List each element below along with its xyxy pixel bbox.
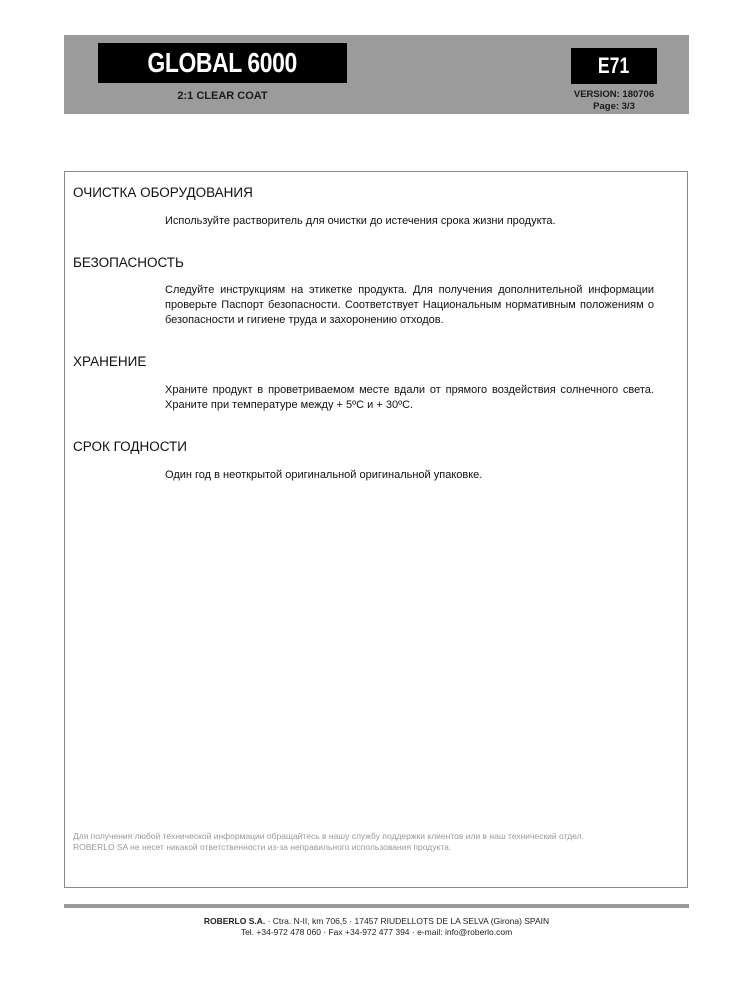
product-name: GLOBAL 6000 bbox=[148, 47, 297, 79]
footer: ROBERLO S.A. · Ctra. N-II, km 706,5 · 17… bbox=[64, 916, 689, 938]
footer-company: ROBERLO S.A. bbox=[204, 916, 265, 926]
section-title-shelf-life: СРОК ГОДНОСТИ bbox=[73, 439, 187, 454]
product-code-box: E71 bbox=[571, 48, 657, 84]
version-info: VERSION: 180706 Page: 3/3 bbox=[554, 89, 674, 113]
footer-address-line: ROBERLO S.A. · Ctra. N-II, km 706,5 · 17… bbox=[64, 916, 689, 927]
section-title-cleaning: ОЧИСТКА ОБОРУДОВАНИЯ bbox=[73, 185, 253, 200]
section-body-cleaning: Используйте растворитель для очистки до … bbox=[165, 214, 654, 229]
product-subtitle: 2:1 CLEAR COAT bbox=[98, 90, 347, 102]
disclaimer-line-liability: ROBERLO SA не несет никакой ответственно… bbox=[73, 842, 633, 853]
section-body-safety: Следуйте инструкциям на этикетке продукт… bbox=[165, 283, 654, 328]
content-frame: ОЧИСТКА ОБОРУДОВАНИЯ Используйте раствор… bbox=[64, 171, 688, 888]
footer-address: · Ctra. N-II, km 706,5 · 17457 RIUDELLOT… bbox=[265, 916, 549, 926]
section-title-storage: ХРАНЕНИЕ bbox=[73, 354, 146, 369]
footer-contacts: Tel. +34-972 478 060 · Fax +34-972 477 3… bbox=[64, 927, 689, 938]
document-header: GLOBAL 6000 2:1 CLEAR COAT E71 VERSION: … bbox=[64, 35, 689, 114]
disclaimer: Для получения любой технической информац… bbox=[73, 831, 633, 853]
disclaimer-line-support: Для получения любой технической информац… bbox=[73, 831, 633, 842]
product-code: E71 bbox=[598, 53, 629, 79]
version-label: VERSION: 180706 bbox=[554, 89, 674, 101]
section-body-storage: Храните продукт в проветриваемом месте в… bbox=[165, 383, 654, 413]
product-title-box: GLOBAL 6000 bbox=[98, 43, 347, 83]
section-body-shelf-life: Один год в неоткрытой оригинальной ориги… bbox=[165, 468, 654, 483]
page-number: Page: 3/3 bbox=[554, 101, 674, 113]
footer-divider bbox=[64, 904, 689, 908]
section-title-safety: БЕЗОПАСНОСТЬ bbox=[73, 255, 184, 270]
